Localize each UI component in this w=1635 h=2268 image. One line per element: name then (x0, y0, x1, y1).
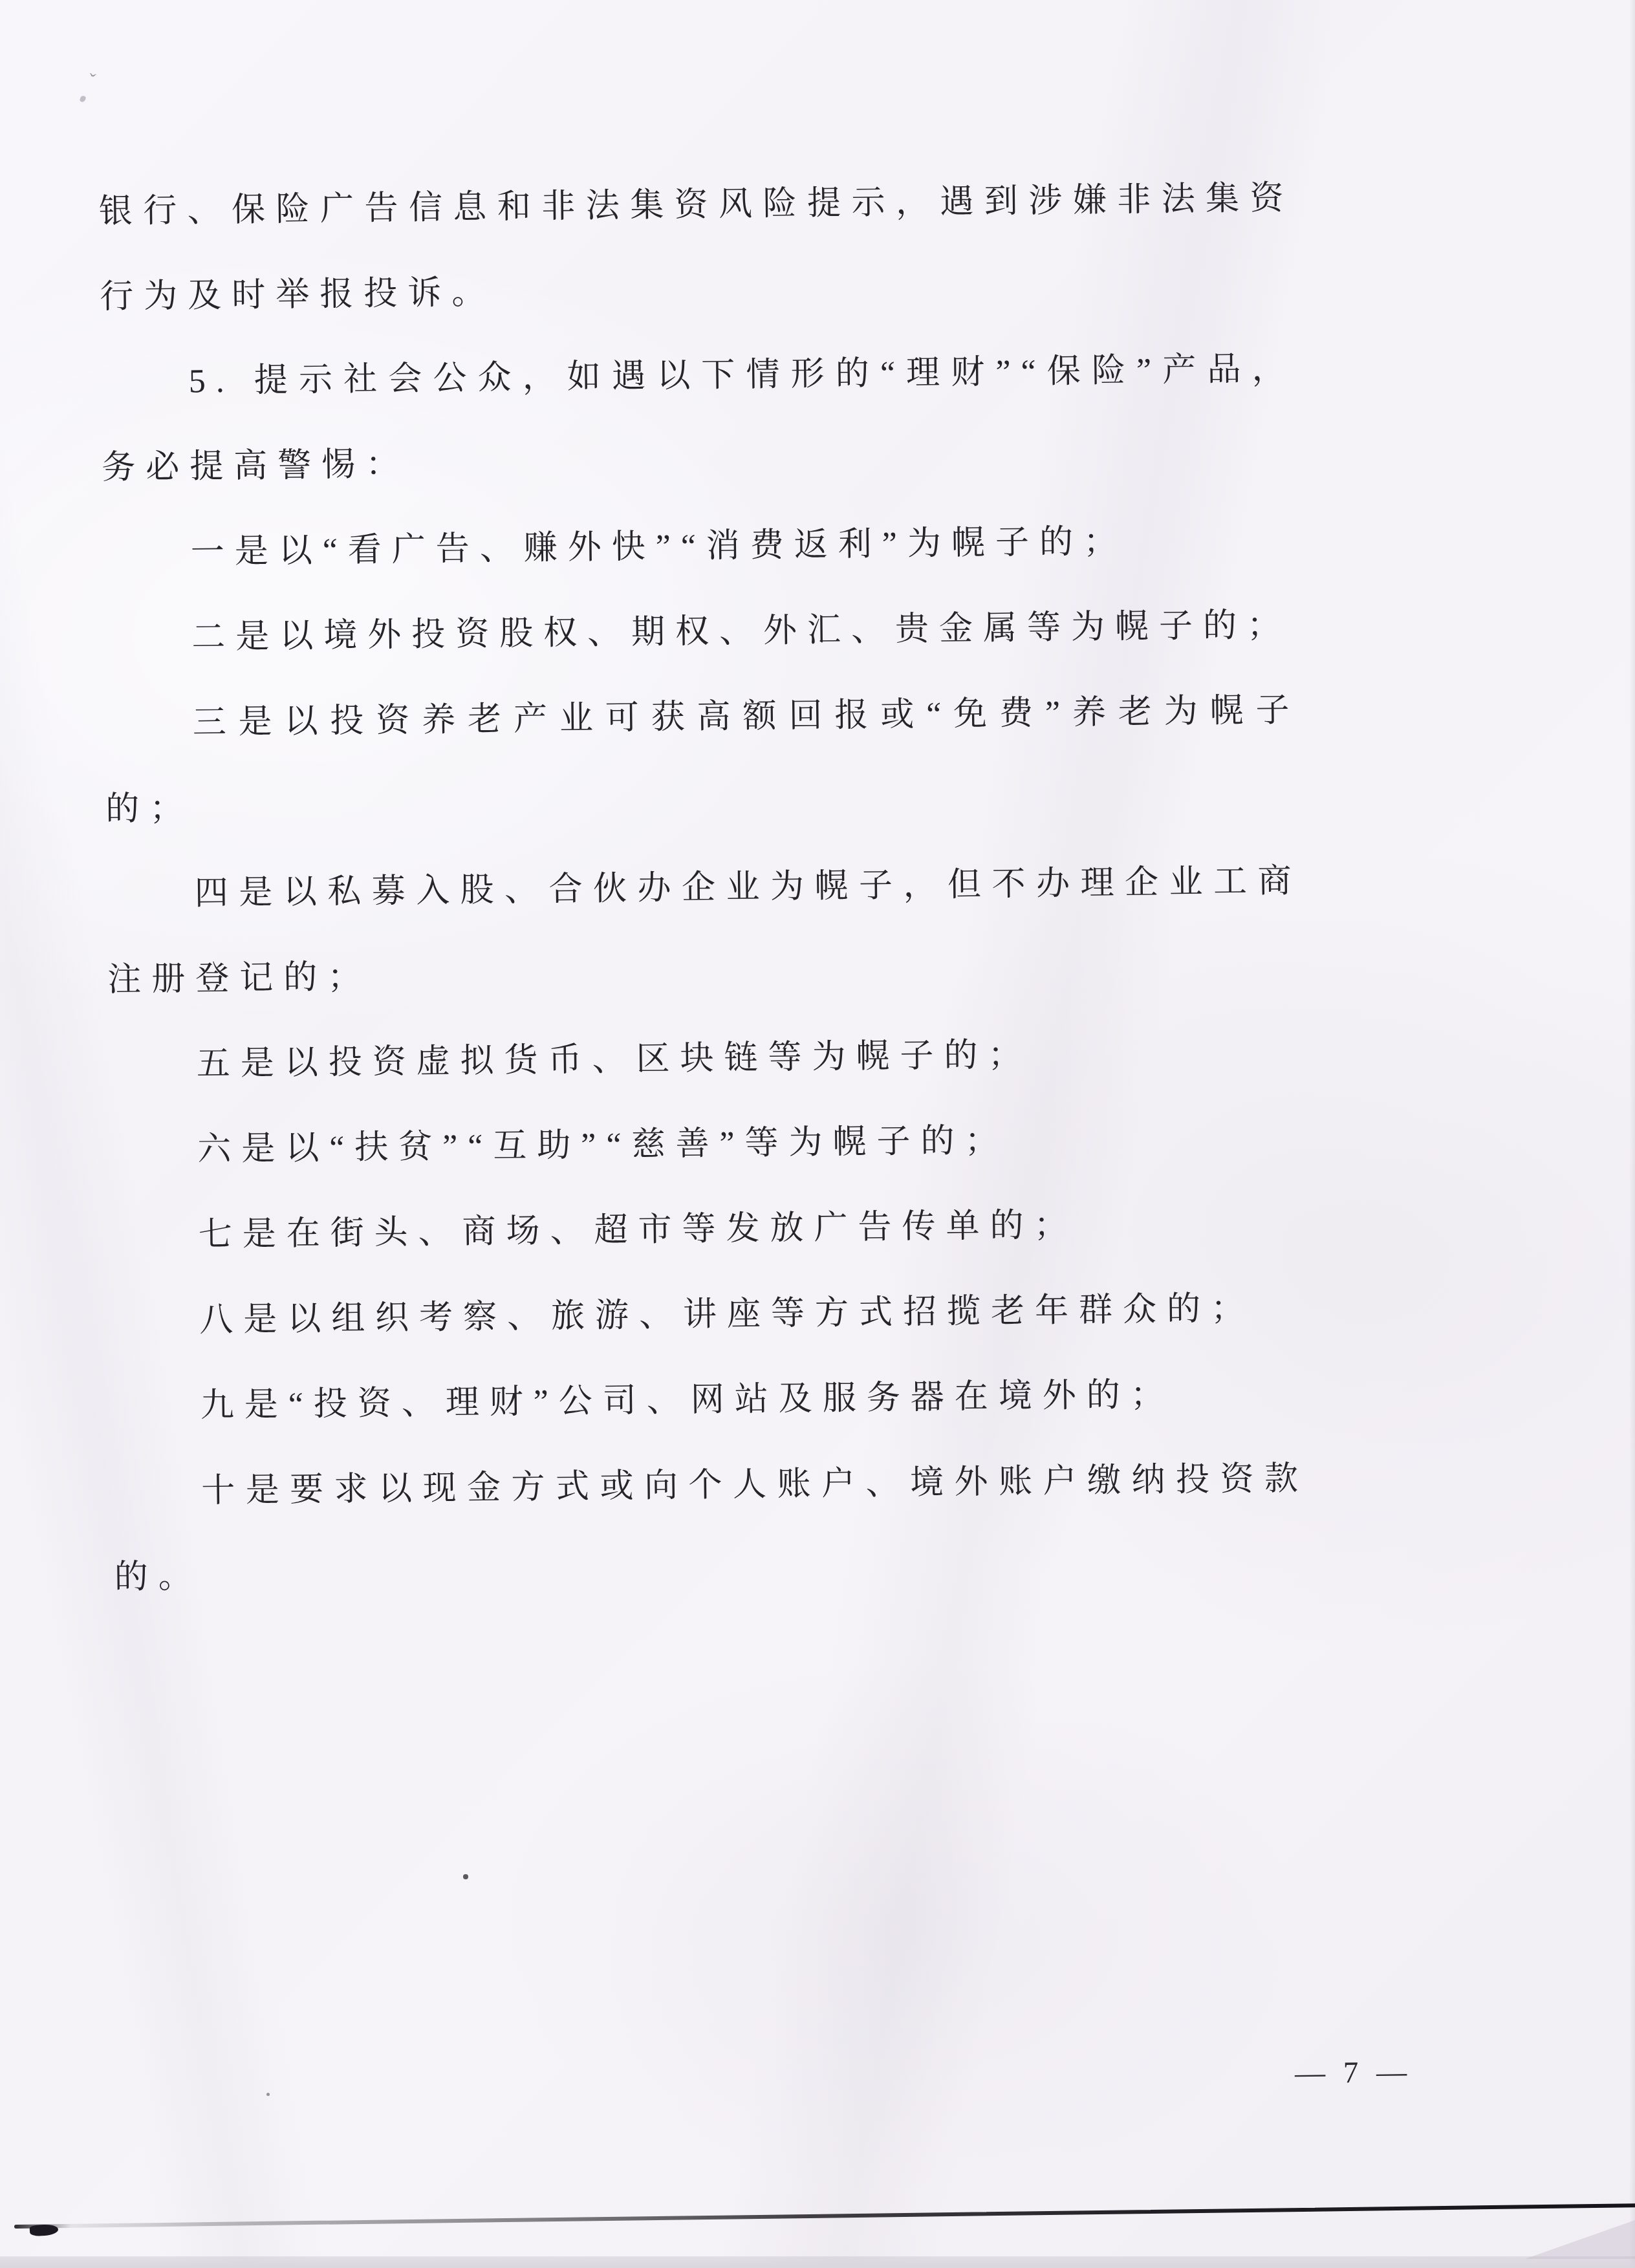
scan-artifact-speck (463, 1874, 468, 1879)
paragraph: 二是以境外投资股权、期权、外汇、贵金属等为幌子的； (103, 583, 1299, 682)
paragraph: 八是以组织考察、旅游、讲座等方式招揽老年群众的； (111, 1266, 1306, 1365)
paragraph: 九是“投资、理财”公司、网站及服务器在境外的； (112, 1351, 1308, 1450)
scan-artifact-speck (79, 95, 86, 103)
paper-corner-cut (1525, 2220, 1635, 2259)
paragraph: 四是以私募入股、合伙办企业为幌子，但不办理企业工商注册登记的； (106, 839, 1303, 1023)
paragraph: 七是在街头、商场、超市等发放广告传单的； (110, 1180, 1306, 1279)
scanned-document-page: { "document": { "paragraphs": [ { "text"… (0, 0, 1635, 2268)
document-body: 银行、保险广告信息和非法集资风险提示，遇到涉嫌非法集资行为及时举报投诉。 5. … (98, 156, 1310, 1621)
paragraph: 5. 提示社会公众，如遇以下情形的“理财”“保险”产品，务必提高警惕： (100, 327, 1297, 511)
paper-right-edge-shadow (1629, 0, 1635, 2268)
paper-crease-shadow (14, 2203, 1635, 2229)
scan-artifact-mark: ˇ (86, 71, 107, 96)
scan-artifact-speck (266, 2093, 270, 2096)
paragraph: 银行、保险广告信息和非法集资风险提示，遇到涉嫌非法集资行为及时举报投诉。 (98, 156, 1295, 340)
paragraph: 五是以投资虚拟货币、区块链等为幌子的； (108, 1010, 1304, 1108)
page-number: — 7 — (1295, 2055, 1413, 2091)
scanner-bed-edge (0, 2256, 1635, 2268)
paragraph: 六是以“扶贫”“互助”“慈善”等为幌子的； (109, 1095, 1305, 1194)
paper-crease-shadow (29, 2223, 58, 2236)
paragraph: 三是以投资养老产业可获高额回报或“免费”养老为幌子的； (104, 668, 1301, 852)
paragraph: 一是以“看广告、赚外快”“消费返利”为幌子的； (102, 497, 1298, 596)
paragraph: 十是要求以现金方式或向个人账户、境外账户缴纳投资款的。 (113, 1436, 1310, 1621)
